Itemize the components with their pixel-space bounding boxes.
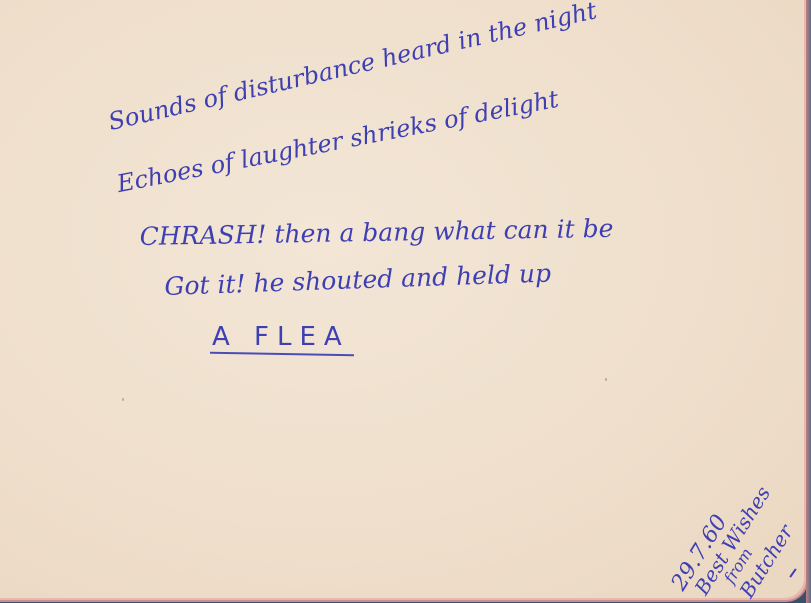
poem-punchline: A FLEA xyxy=(212,322,350,352)
poem-line-4: Got it! he shouted and held up xyxy=(164,259,551,301)
poem-line-3: CHRASH! then a bang what can it be xyxy=(139,214,613,251)
autograph-page: Sounds of disturbance heard in the night… xyxy=(0,0,808,602)
paper-speck xyxy=(122,398,124,401)
paper-speck xyxy=(605,378,607,381)
album-cover-edge xyxy=(806,0,811,603)
signature-dash xyxy=(789,568,796,577)
punchline-underline xyxy=(210,352,354,357)
